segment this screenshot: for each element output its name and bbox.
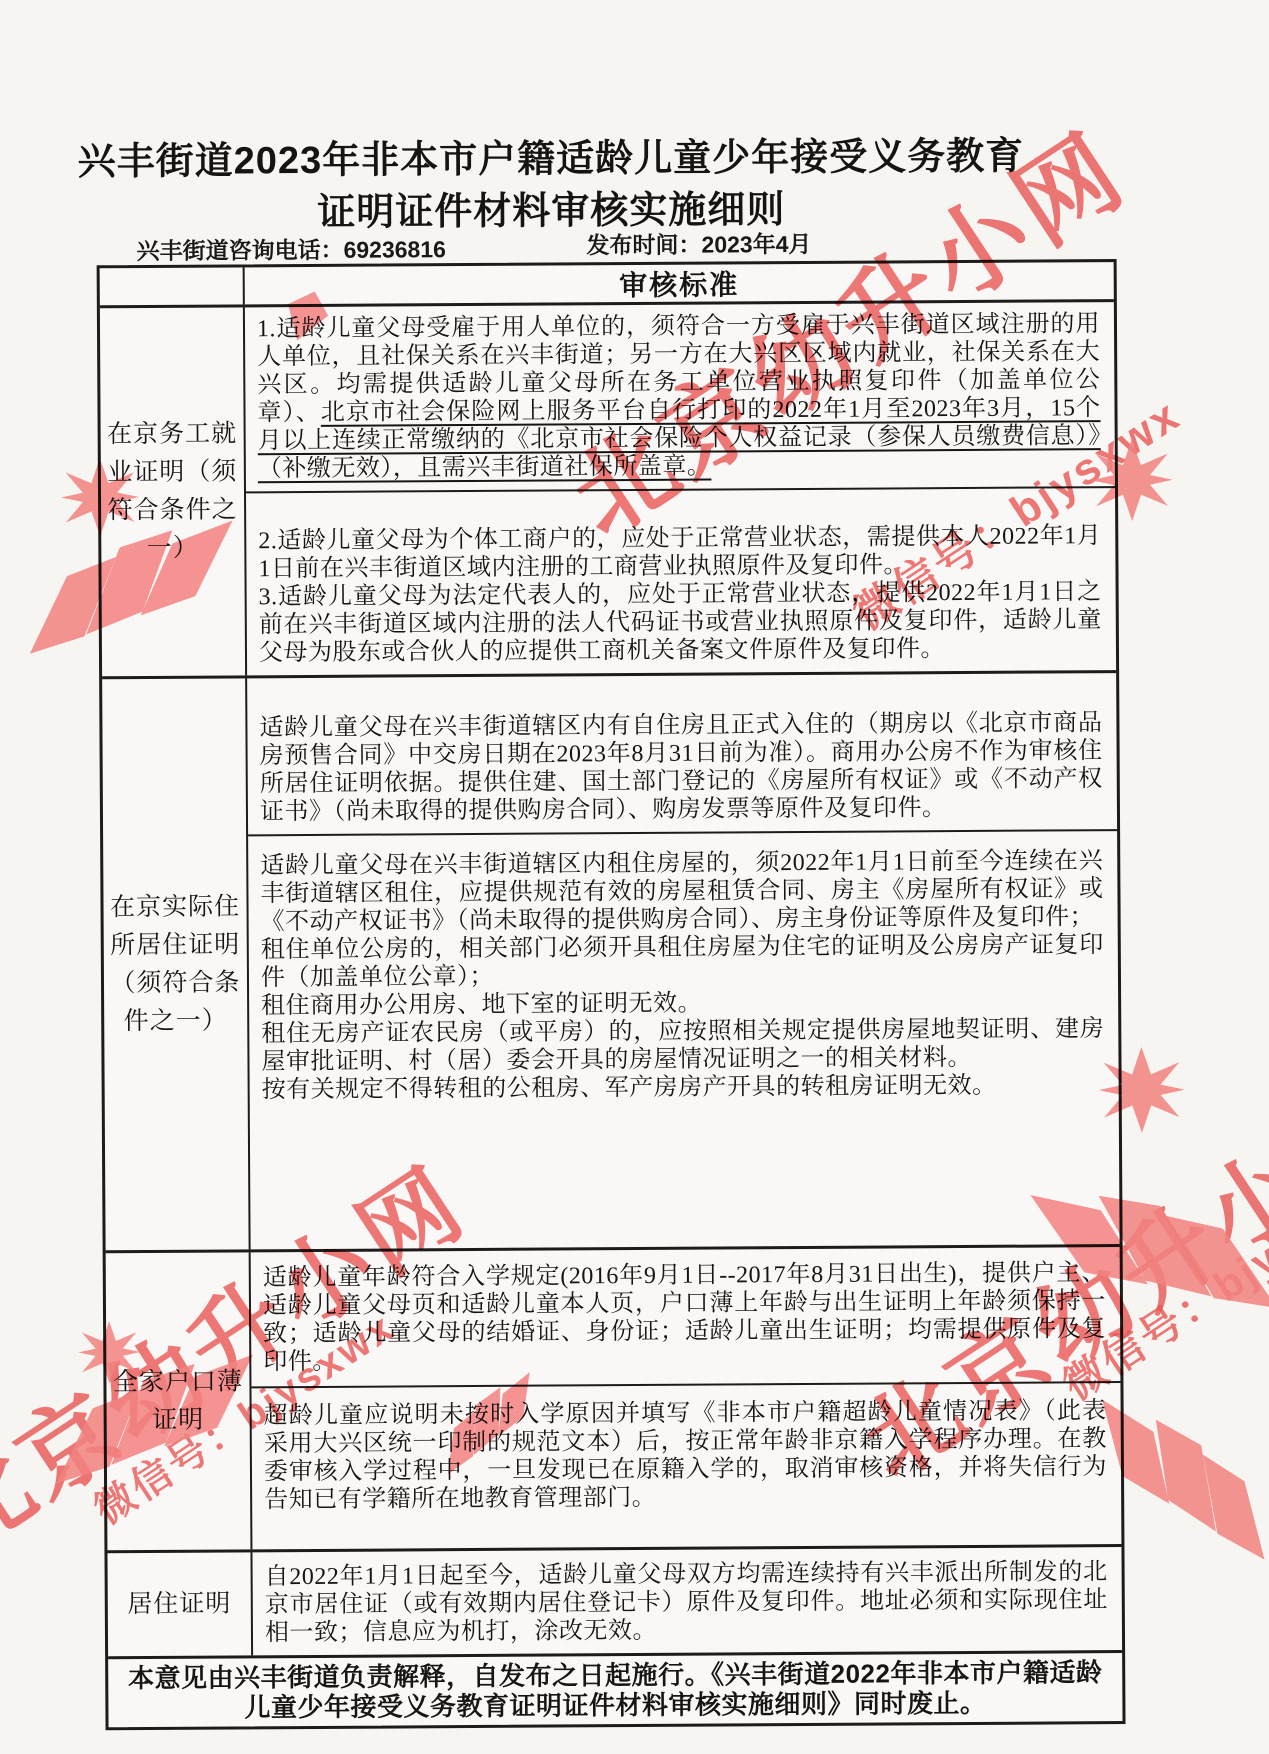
criteria-cell: 适龄儿童父母在兴丰街道辖区内有自住房且正式入住的（期房以《北京市商品房预售合同》… xyxy=(247,673,1117,836)
criteria-text: 超龄儿童应说明未按时入学原因并填写《非本市户籍超龄儿童情况表》（此表采用大兴区统… xyxy=(264,1398,1107,1513)
criteria-text-underlined: 北京市社会保险网上服务平台自行打印的2022年1月至2023年3月，15个月以上… xyxy=(258,395,1101,482)
criteria-cell: 1.适龄儿童父母受雇于用人单位的，须符合一方受雇于兴丰街道区域注册的用人单位，且… xyxy=(245,302,1115,493)
criteria-text: 自2022年1月1日起至今，适龄儿童父母双方均需连续持有兴丰派出所制发的北京市居… xyxy=(265,1559,1108,1646)
section-cells: 适龄儿童年龄符合入学规定(2016年9月1日--2017年8月31日出生)，提供… xyxy=(251,1247,1122,1549)
table-section: 在京务工就业证明（须符合条件之一） 1.适龄儿童父母受雇于用人单位的，须符合一方… xyxy=(100,302,1116,679)
contact-phone: 兴丰街道咨询电话：69236816 xyxy=(136,231,446,266)
section-cells: 1.适龄儿童父母受雇于用人单位的，须符合一方受雇于兴丰街道区域注册的用人单位，且… xyxy=(245,302,1116,675)
table-header-row: 审核标准 xyxy=(100,262,1114,308)
table-footer-note: 本意见由兴丰街道负责解释，自发布之日起施行。《兴丰街道2022年非本市户籍适龄儿… xyxy=(108,1650,1122,1727)
section-label-text: 在京实际住所居住证明（须符合条件之一） xyxy=(109,888,241,1041)
section-cells: 适龄儿童父母在兴丰街道辖区内有自住房且正式入住的（期房以《北京市商品房预售合同》… xyxy=(247,673,1119,1249)
section-cells: 自2022年1月1日起至今，适龄儿童父母双方均需连续持有兴丰派出所制发的北京市居… xyxy=(252,1547,1122,1655)
section-label-text: 全家户口薄证明 xyxy=(112,1363,243,1440)
criteria-text: 2.适龄儿童父母为个体工商户的，应处于正常营业状态，需提供本人2022年1月1日… xyxy=(258,523,1102,666)
criteria-text: 适龄儿童父母在兴丰街道辖区内租住房屋的，须2022年1月1日前至今连续在兴丰街道… xyxy=(260,848,1104,1103)
section-label-text: 居住证明 xyxy=(127,1585,231,1624)
table-section: 在京实际住所居住证明（须符合条件之一） 适龄儿童父母在兴丰街道辖区内有自住房且正… xyxy=(102,673,1119,1253)
section-label-text: 在京务工就业证明（须符合条件之一） xyxy=(107,415,239,568)
criteria-table: 审核标准 在京务工就业证明（须符合条件之一） 1.适龄儿童父母受雇于用人单位的，… xyxy=(97,259,1126,1730)
criteria-cell: 适龄儿童父母在兴丰街道辖区内租住房屋的，须2022年1月1日前至今连续在兴丰街道… xyxy=(248,831,1120,1249)
table-body: 在京务工就业证明（须符合条件之一） 1.适龄儿童父母受雇于用人单位的，须符合一方… xyxy=(100,302,1122,1656)
section-label: 在京务工就业证明（须符合条件之一） xyxy=(100,307,247,676)
document-title: 兴丰街道2023年非本市户籍适龄儿童少年接受义务教育 证明证件材料审核实施细则 xyxy=(41,130,1062,240)
publish-date: 发布时间：2023年4月 xyxy=(586,226,811,260)
criteria-cell: 自2022年1月1日起至今，适龄儿童父母双方均需连续持有兴丰派出所制发的北京市居… xyxy=(252,1547,1122,1655)
section-label: 居住证明 xyxy=(107,1552,253,1656)
scanned-document-page: { "title": { "line1": "兴丰街道2023年非本市户籍适龄儿… xyxy=(0,0,1269,1754)
criteria-text: 适龄儿童父母在兴丰街道辖区内有自住房且正式入住的（期房以《北京市商品房预售合同》… xyxy=(259,710,1102,825)
criteria-cell: 2.适龄儿童父母为个体工商户的，应处于正常营业状态，需提供本人2022年1月1日… xyxy=(246,488,1116,675)
table-header-title: 审核标准 xyxy=(245,262,1114,304)
criteria-text: 适龄儿童年龄符合入学规定(2016年9月1日--2017年8月31日出生)，提供… xyxy=(263,1260,1106,1375)
table-header-empty-cell xyxy=(100,267,245,305)
table-section: 居住证明 自2022年1月1日起至今，适龄儿童父母双方均需连续持有兴丰派出所制发… xyxy=(107,1547,1122,1656)
table-section: 全家户口薄证明 适龄儿童年龄符合入学规定(2016年9月1日--2017年8月3… xyxy=(106,1247,1122,1553)
criteria-cell: 适龄儿童年龄符合入学规定(2016年9月1日--2017年8月31日出生)，提供… xyxy=(251,1247,1121,1388)
meta-line: 兴丰街道咨询电话：69236816 发布时间：2023年4月 xyxy=(96,227,1116,263)
section-label: 在京实际住所居住证明（须符合条件之一） xyxy=(102,678,250,1250)
document-page: 兴丰街道2023年非本市户籍适龄儿童少年接受义务教育 证明证件材料审核实施细则 … xyxy=(0,0,1269,1754)
criteria-cell: 超龄儿童应说明未按时入学原因并填写《非本市户籍超龄儿童情况表》（此表采用大兴区统… xyxy=(251,1383,1121,1549)
section-label: 全家户口薄证明 xyxy=(106,1252,253,1550)
title-line-1: 兴丰街道2023年非本市户籍适龄儿童少年接受义务教育 xyxy=(41,130,1061,188)
